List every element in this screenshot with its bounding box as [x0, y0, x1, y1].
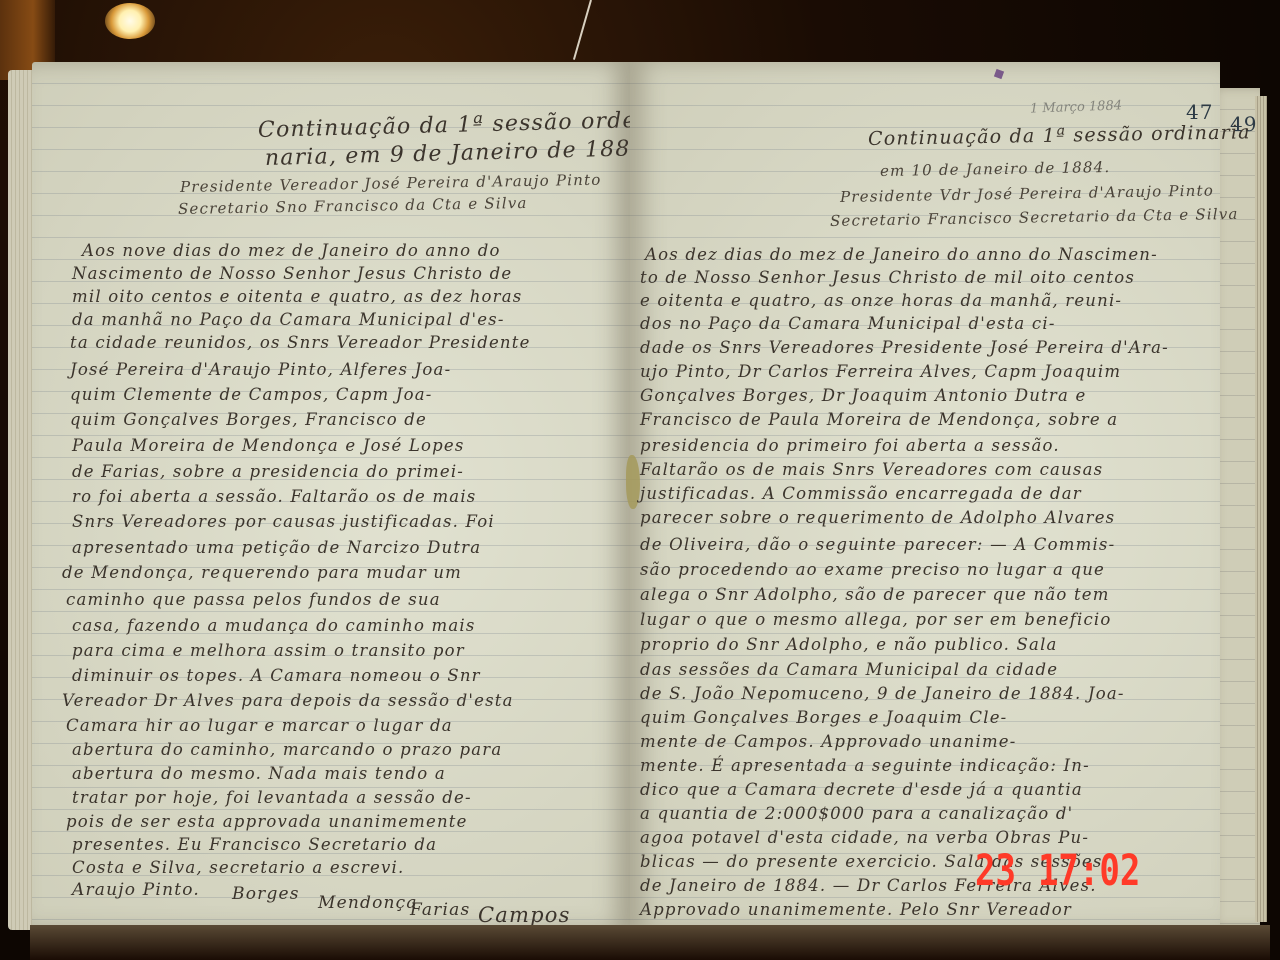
page-number: 47: [1186, 100, 1213, 124]
right-page-edges: [1255, 96, 1267, 922]
left-body-line: casa, fazendo a mudança do caminho mais: [72, 616, 476, 635]
left-body-line: diminuir os topes. A Camara nomeou o Snr: [72, 666, 481, 685]
right-body-line: agoa potavel d'esta cidade, na verba Obr…: [640, 828, 1089, 847]
right-body-line: mente. É apresentada a seguinte indicaçã…: [640, 756, 1090, 775]
book-bottom-shadow: [30, 925, 1270, 960]
left-body-line: caminho que passa pelos fundos de sua: [66, 590, 441, 609]
left-body-line: Paula Moreira de Mendonça e José Lopes: [72, 436, 465, 455]
right-body-line: to de Nosso Senhor Jesus Christo de mil …: [640, 268, 1135, 287]
right-body-line: alega o Snr Adolpho, são de parecer que …: [640, 585, 1110, 604]
right-body-line: Faltarão os de mais Snrs Vereadores com …: [640, 460, 1103, 479]
signature: Mendonça: [318, 893, 418, 913]
left-body-line: Costa e Silva, secretario a escrevi.: [72, 858, 404, 877]
left-body-line: ta cidade reunidos, os Snrs Vereador Pre…: [70, 333, 531, 352]
left-body-line: para cima e melhora assim o transito por: [72, 641, 465, 660]
left-body-line: presentes. Eu Francisco Secretario da: [72, 835, 437, 854]
left-body-line: quim Gonçalves Borges, Francisco de: [70, 410, 427, 429]
right-body-line: Approvado unanimemente. Pelo Snr Vereado…: [640, 900, 1072, 919]
left-body-line: Aos nove dias do mez de Janeiro do anno …: [82, 241, 501, 260]
left-body-line: Camara hir ao lugar e marcar o lugar da: [66, 716, 453, 735]
right-body-line: de S. João Nepomuceno, 9 de Janeiro de 1…: [640, 684, 1125, 703]
left-body-line: Nascimento de Nosso Senhor Jesus Christo…: [72, 264, 512, 283]
right-body-line: a quantia de 2:000$000 para a canalizaçã…: [640, 804, 1073, 823]
signature: Farias: [410, 900, 470, 920]
right-body-line: presidencia do primeiro foi aberta a ses…: [640, 436, 1060, 455]
left-body-line: abertura do mesmo. Nada mais tendo a: [72, 764, 446, 783]
right-body-line: dos no Paço da Camara Municipal d'esta c…: [640, 314, 1056, 333]
left-body-line: mil oito centos e oitenta e quatro, as d…: [72, 287, 522, 306]
right-body-line: das sessões da Camara Municipal da cidad…: [640, 660, 1058, 679]
timestamp-day: 23: [975, 846, 1016, 896]
left-body-line: abertura do caminho, marcando o prazo pa…: [72, 740, 502, 759]
left-body-line: Vereador Dr Alves para depois da sessão …: [62, 691, 514, 710]
timestamp-time: 17:02: [1038, 846, 1140, 896]
right-body-line: parecer sobre o requerimento de Adolpho …: [640, 508, 1115, 527]
left-body-line: de Farias, sobre a presidencia do primei…: [72, 462, 464, 481]
signature: Campos: [478, 903, 571, 927]
right-body-line: ujo Pinto, Dr Carlos Ferreira Alves, Cap…: [640, 362, 1121, 381]
camera-timestamp: 2317:02: [975, 846, 1140, 896]
left-body-line: apresentado uma petição de Narcizo Dutra: [72, 538, 481, 557]
right-body-line: dade os Snrs Vereadores Presidente José …: [640, 338, 1169, 357]
right-body-line: proprio do Snr Adolpho, e não publico. S…: [640, 635, 1058, 654]
right-body-line: justificadas. A Commissão encarregada de…: [640, 484, 1082, 503]
right-body-line: dico que a Camara decrete d'esde já a qu…: [640, 780, 1083, 799]
left-body-line: ro foi aberta a sessão. Faltarão os de m…: [72, 487, 476, 506]
left-body-line: José Pereira d'Araujo Pinto, Alferes Joa…: [70, 360, 451, 379]
bookmark-thread: [573, 0, 592, 60]
ceiling-lamp: [105, 3, 155, 39]
right-body-line: são procedendo ao exame preciso no lugar…: [640, 560, 1105, 579]
right-body-line: Francisco de Paula Moreira de Mendonça, …: [640, 410, 1118, 429]
right-body-line: e oitenta e quatro, as onze horas da man…: [640, 291, 1122, 310]
right-body-line: mente de Campos. Approvado unanime-: [640, 732, 1017, 751]
signature: Araujo Pinto.: [72, 880, 200, 900]
right-body-line: Aos dez dias do mez de Janeiro do anno d…: [645, 245, 1158, 264]
right-body-line: de Oliveira, dão o seguinte parecer: — A…: [640, 535, 1115, 554]
left-body-line: Snrs Vereadores por causas justificadas.…: [72, 512, 495, 531]
signature: Borges: [232, 884, 300, 904]
left-body-line: de Mendonça, requerendo para mudar um: [62, 563, 462, 582]
top-right-note: 1 Março 1884: [1030, 98, 1122, 116]
right-body-line: Gonçalves Borges, Dr Joaquim Antonio Dut…: [640, 386, 1086, 405]
left-body-line: quim Clemente de Campos, Capm Joa-: [70, 385, 433, 404]
right-body-line: quim Gonçalves Borges e Joaquim Cle-: [640, 708, 1007, 727]
left-body-line: tratar por hoje, foi levantada a sessão …: [72, 788, 472, 807]
right-body-line: lugar o que o mesmo allega, por ser em b…: [640, 610, 1112, 629]
ledger-photo: Continuação da 1ª sessão orde- naria, em…: [0, 0, 1280, 960]
left-body-line: da manhã no Paço da Camara Municipal d'e…: [72, 310, 505, 329]
